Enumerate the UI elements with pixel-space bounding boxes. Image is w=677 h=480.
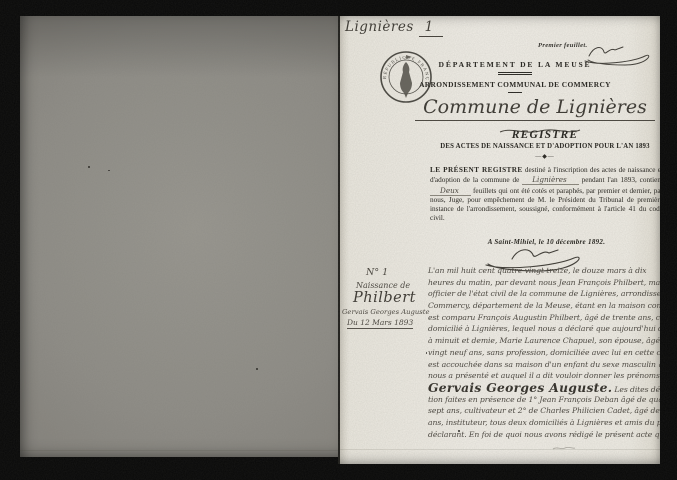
paper-speck <box>256 368 258 370</box>
page-crease <box>340 449 660 450</box>
act-text-line: domicilié à Lignières, lequel nous a déc… <box>428 323 660 335</box>
act-text-line: tion faites en présence de 1° Jean Franç… <box>428 394 660 406</box>
act-text-line: est accouchée dans sa maison d'un enfant… <box>428 359 660 371</box>
act-text-line: heures du matin, par devant nous Jean Fr… <box>428 277 660 289</box>
act-text-line: L'an mil huit cent quatre vingt treize, … <box>428 265 660 277</box>
margin-given-names: Gervais Georges Auguste <box>342 308 430 316</box>
paper-speck <box>458 430 460 432</box>
folio-label: Premier feuillet. <box>538 42 587 49</box>
act-text-line: ans, instituteur, tous deux domiciliés à… <box>428 417 660 429</box>
register-page: Lignières 1 Premier feuillet. RÉPUBLIQUE… <box>338 16 660 464</box>
rule-divider <box>508 92 522 93</box>
ornament-divider: —◆— <box>428 153 660 160</box>
paper-speck <box>426 352 427 354</box>
archivist-corner-note: Lignières 1 <box>345 19 443 35</box>
corner-note-number: 1 <box>419 19 443 37</box>
margin-date: Du 12 Mars 1893 <box>347 318 413 329</box>
register-title: REGISTRE <box>428 129 660 141</box>
paragraph-part2: pendant l'an 1893, contient <box>579 176 660 184</box>
act-text-line: officier de l'état civil de la commune d… <box>428 288 660 300</box>
commune-script-title: Commune de Lignières <box>415 96 655 121</box>
child-name-highlight: Gervais Georges Auguste. <box>428 380 612 395</box>
act-text-continuation: Les dites déclaration et présenta <box>614 385 660 394</box>
register-subtitle: DES ACTES DE NAISSANCE ET D'ADOPTION POU… <box>422 143 660 150</box>
act-text-line: à minuit et demie, Marie Laurence Chapue… <box>428 335 660 347</box>
handwritten-commune-fill: Lignières <box>522 175 579 185</box>
arrondissement-heading: ARRONDISSEMENT COMMUNAL DE COMMERCY <box>385 80 645 89</box>
rule-divider <box>498 72 532 75</box>
paper-speck <box>108 170 110 171</box>
corner-note-place: Lignières <box>345 19 414 35</box>
blank-verso-page <box>20 16 338 457</box>
register-declaration-paragraph: LE PRÉSENT REGISTRE destiné à l'inscript… <box>430 166 660 224</box>
act-text-line: déclarant. En foi de quoi nous avons réd… <box>428 429 660 441</box>
margin-act-number: N° 1 <box>366 267 388 278</box>
handwritten-count-fill: Deux <box>430 186 471 196</box>
paper-speck <box>88 166 90 168</box>
act-text-line: sept ans, cultivateur et 2° de Charles P… <box>428 405 660 417</box>
act-text-line: Commercy, département de la Meuse, étant… <box>428 300 660 312</box>
act-text-line-with-name: Gervais Georges Auguste.Les dites déclar… <box>428 382 660 394</box>
birth-act-handwritten-text: L'an mil huit cent quatre vingt treize, … <box>428 265 660 440</box>
page-crease <box>20 450 338 451</box>
scanned-register-photograph: Lignières 1 Premier feuillet. RÉPUBLIQUE… <box>0 0 677 480</box>
paragraph-lead: LE PRÉSENT REGISTRE <box>430 166 523 174</box>
act-text-line: est comparu François Augustin Philbert, … <box>428 312 660 324</box>
margin-surname: Philbert <box>353 290 416 306</box>
act-text-line: vingt neuf ans, sans profession, domicil… <box>428 347 660 359</box>
faint-pen-mark <box>552 444 576 452</box>
margin-act-type: Naissance de <box>356 281 410 290</box>
department-heading: DÉPARTEMENT DE LA MEUSE <box>385 60 645 69</box>
